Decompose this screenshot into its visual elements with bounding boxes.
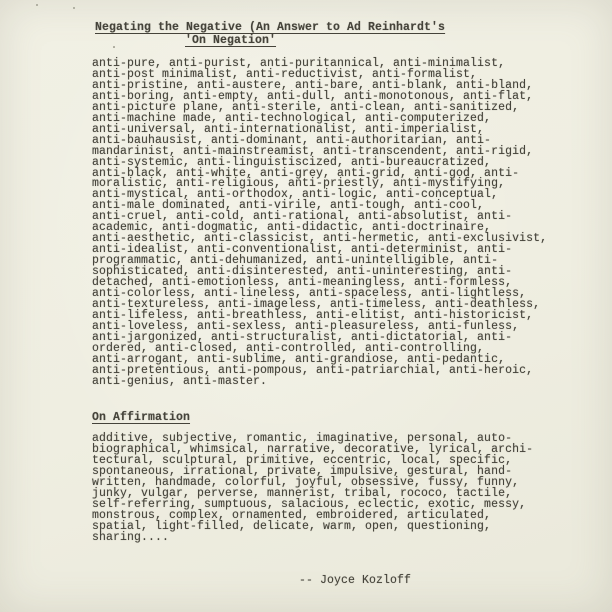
paper-speck xyxy=(73,7,75,9)
attribution: -- Joyce Kozloff xyxy=(299,574,411,587)
document-title-line-2: 'On Negation' xyxy=(185,34,276,47)
typewritten-page: Negating the Negative (An Answer to Ad R… xyxy=(0,0,612,612)
affirmation-list: additive, subjective, romantic, imaginat… xyxy=(92,434,533,544)
paper-speck xyxy=(36,4,38,6)
document-title-line-1: Negating the Negative (An Answer to Ad R… xyxy=(95,21,445,34)
affirmation-heading: On Affirmation xyxy=(92,411,190,424)
paper-speck xyxy=(113,46,115,48)
negation-list: anti-pure, anti-purist, anti-puritannica… xyxy=(92,59,547,388)
